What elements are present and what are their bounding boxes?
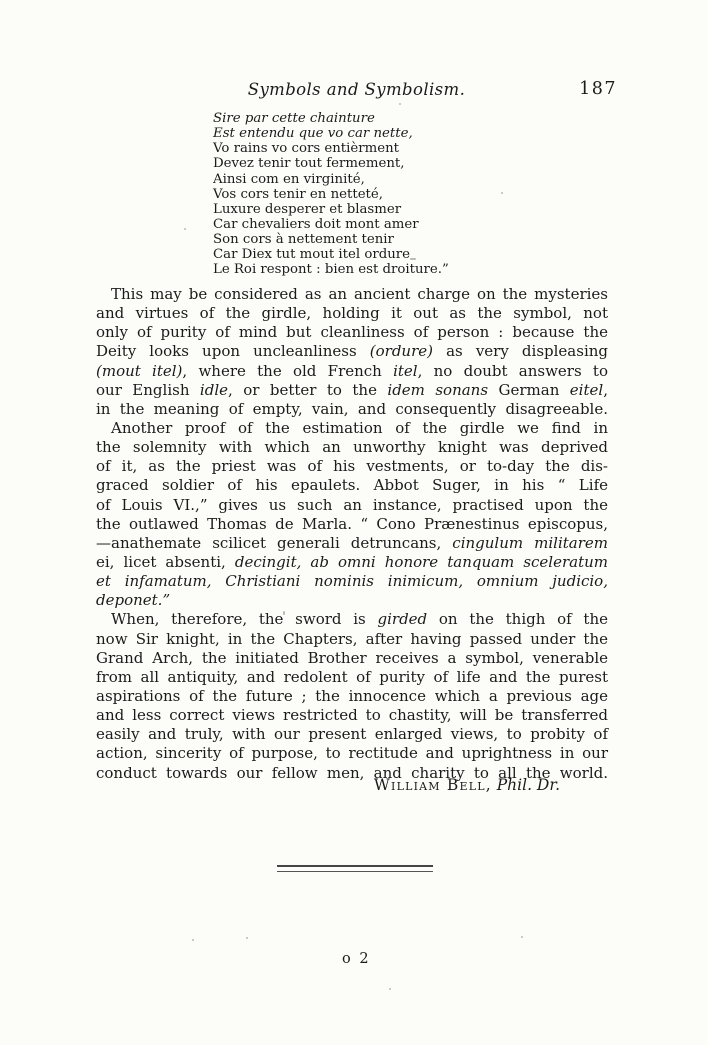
paragraph-1-line: in the meaning of empty, vain, and conse… xyxy=(96,400,608,419)
italic-text-segment: deponet.” xyxy=(96,591,170,609)
text-segment: , xyxy=(603,381,608,399)
poem: Sire par cette chaintureEst entendu que … xyxy=(213,111,449,278)
paragraph-2-line: of Louis VI.,” gives us such an instance… xyxy=(96,496,608,515)
text-segment: Another proof of the estimation of the g… xyxy=(111,419,608,437)
scan-speckle xyxy=(389,988,391,990)
text-segment: as very displeasing xyxy=(433,342,608,360)
section-divider-rule xyxy=(277,865,433,872)
italic-text-segment: girded xyxy=(378,610,428,628)
text-segment: of Louis VI.,” gives us such an instance… xyxy=(96,496,608,514)
page: Symbols and Symbolism. 187 Sire par cett… xyxy=(0,0,708,1045)
scan-speckle xyxy=(521,936,523,938)
paragraph-3-line: now Sir knight, in the Chapters, after h… xyxy=(96,630,608,649)
italic-text-segment: (ordure) xyxy=(370,342,433,360)
italic-text-segment: (mout itel) xyxy=(96,362,182,380)
paragraph-3-line: from all antiquity, and redolent of puri… xyxy=(96,668,608,687)
text-segment: our English xyxy=(96,381,200,399)
text-segment: , or better to the xyxy=(228,381,387,399)
paragraph-1-line: This may be considered as an ancient cha… xyxy=(96,285,608,304)
text-segment: graced soldier of his epaulets. Abbot Su… xyxy=(96,476,608,494)
text-segment: and virtues of the girdle, holding it ou… xyxy=(96,304,608,322)
paragraph-1-line: (mout itel), where the old French itel, … xyxy=(96,362,608,381)
text-segment: on the thigh of the xyxy=(427,610,608,628)
paragraph-2-line: graced soldier of his epaulets. Abbot Su… xyxy=(96,476,608,495)
text-segment: Grand Arch, the initiated Brother receiv… xyxy=(96,649,608,667)
italic-text-segment: cingulum militarem xyxy=(452,534,608,552)
poem-line: Devez tenir tout fermement, xyxy=(213,156,449,171)
scan-speckle xyxy=(184,228,186,230)
printer-signature-mark: o 2 xyxy=(342,951,371,967)
text-segment: German xyxy=(488,381,570,399)
scan-speckle xyxy=(192,939,194,941)
italic-text-segment: idle xyxy=(200,381,228,399)
text-segment: the outlawed Thomas de Marla. “ Cono Præ… xyxy=(96,515,608,533)
text-segment: Deity looks upon uncleanliness xyxy=(96,342,370,360)
text-segment: in the meaning of empty, vain, and conse… xyxy=(96,400,608,418)
text-segment: —anathemate scilicet generali detruncans… xyxy=(96,534,452,552)
poem-line: Car chevaliers doit mont amer xyxy=(213,217,449,232)
poem-line: Ainsi com en virginité, xyxy=(213,172,449,187)
text-segment: , no doubt answers to xyxy=(418,362,608,380)
text-segment: When, therefore, the sword is xyxy=(111,610,378,628)
scan-speckle xyxy=(410,258,416,260)
text-segment: , where the old French xyxy=(182,362,393,380)
page-header-title: Symbols and Symbolism. xyxy=(96,80,617,99)
paragraph-3-line: aspirations of the future ; the innocenc… xyxy=(96,687,608,706)
paragraph-1-line: only of purity of mind but cleanliness o… xyxy=(96,323,608,342)
text-segment: only of purity of mind but cleanliness o… xyxy=(96,323,608,341)
italic-text-segment: itel xyxy=(393,362,418,380)
text-segment: aspirations of the future ; the innocenc… xyxy=(96,687,608,705)
scan-speckle xyxy=(399,103,401,105)
paragraph-2-line: —anathemate scilicet generali detruncans… xyxy=(96,534,608,553)
paragraph-2-line: of it, as the priest was of his vestment… xyxy=(96,457,608,476)
text-segment: and less correct views restricted to cha… xyxy=(96,706,608,724)
paragraph-2-line: the solemnity with which an unworthy kni… xyxy=(96,438,608,457)
italic-text-segment: eitel xyxy=(570,381,603,399)
poem-line: Est entendu que vo car nette, xyxy=(213,126,449,141)
paragraph-2-line: deponet.” xyxy=(96,591,608,610)
text-segment: the solemnity with which an unworthy kni… xyxy=(96,438,608,456)
text-segment: easily and truly, with our present enlar… xyxy=(96,725,608,743)
signature-title: Phil. Dr. xyxy=(492,776,560,794)
paragraph-3-line: easily and truly, with our present enlar… xyxy=(96,725,608,744)
paragraph-1-line: and virtues of the girdle, holding it ou… xyxy=(96,304,608,323)
paragraph-1-line: our English idle, or better to the idem … xyxy=(96,381,608,400)
paragraph-2-line: et infamatum, Christiani nominis inimicu… xyxy=(96,572,608,591)
scan-speckle xyxy=(501,192,503,194)
paragraph-3-line: and less correct views restricted to cha… xyxy=(96,706,608,725)
poem-line: Sire par cette chainture xyxy=(213,111,449,126)
italic-text-segment: et infamatum, Christiani nominis inimicu… xyxy=(96,572,608,590)
paragraph-1-line: Deity looks upon uncleanliness (ordure) … xyxy=(96,342,608,361)
italic-text-segment: idem sonans xyxy=(387,381,488,399)
paragraph-2-line: ei, licet absenti, decingit, ab omni hon… xyxy=(96,553,608,572)
poem-line: Le Roi respont : bien est droiture.” xyxy=(213,262,449,277)
text-segment: now Sir knight, in the Chapters, after h… xyxy=(96,630,608,648)
italic-text-segment: decingit, ab omni honore tanquam scelera… xyxy=(235,553,608,571)
text-segment: action, sincerity of purpose, to rectitu… xyxy=(96,744,608,762)
poem-line: Vos cors tenir en netteté, xyxy=(213,187,449,202)
paragraph-2-line: Another proof of the estimation of the g… xyxy=(96,419,608,438)
body-text: This may be considered as an ancient cha… xyxy=(96,285,608,783)
paragraph-2-line: the outlawed Thomas de Marla. “ Cono Præ… xyxy=(96,515,608,534)
poem-line: Vo rains vo cors entièrment xyxy=(213,141,449,156)
scan-speckle xyxy=(283,611,285,615)
text-segment: from all antiquity, and redolent of puri… xyxy=(96,668,608,686)
text-segment: of it, as the priest was of his vestment… xyxy=(96,457,608,475)
text-segment: ei, licet absenti, xyxy=(96,553,235,571)
paragraph-3-line: action, sincerity of purpose, to rectitu… xyxy=(96,744,608,763)
paragraph-3-line: Grand Arch, the initiated Brother receiv… xyxy=(96,649,608,668)
poem-line: Car Diex tut mout itel ordure xyxy=(213,247,449,262)
paragraph-3-line: When, therefore, the sword is girded on … xyxy=(96,610,608,629)
page-number: 187 xyxy=(579,79,617,99)
poem-line: Son cors à nettement tenir xyxy=(213,232,449,247)
signature-name: William Bell, xyxy=(374,776,492,794)
poem-line: Luxure desperer et blasmer xyxy=(213,202,449,217)
text-segment: This may be considered as an ancient cha… xyxy=(111,285,608,303)
signature: William Bell, Phil. Dr. xyxy=(96,776,560,794)
running-head: Symbols and Symbolism. 187 xyxy=(96,80,617,100)
scan-speckle xyxy=(246,937,248,939)
